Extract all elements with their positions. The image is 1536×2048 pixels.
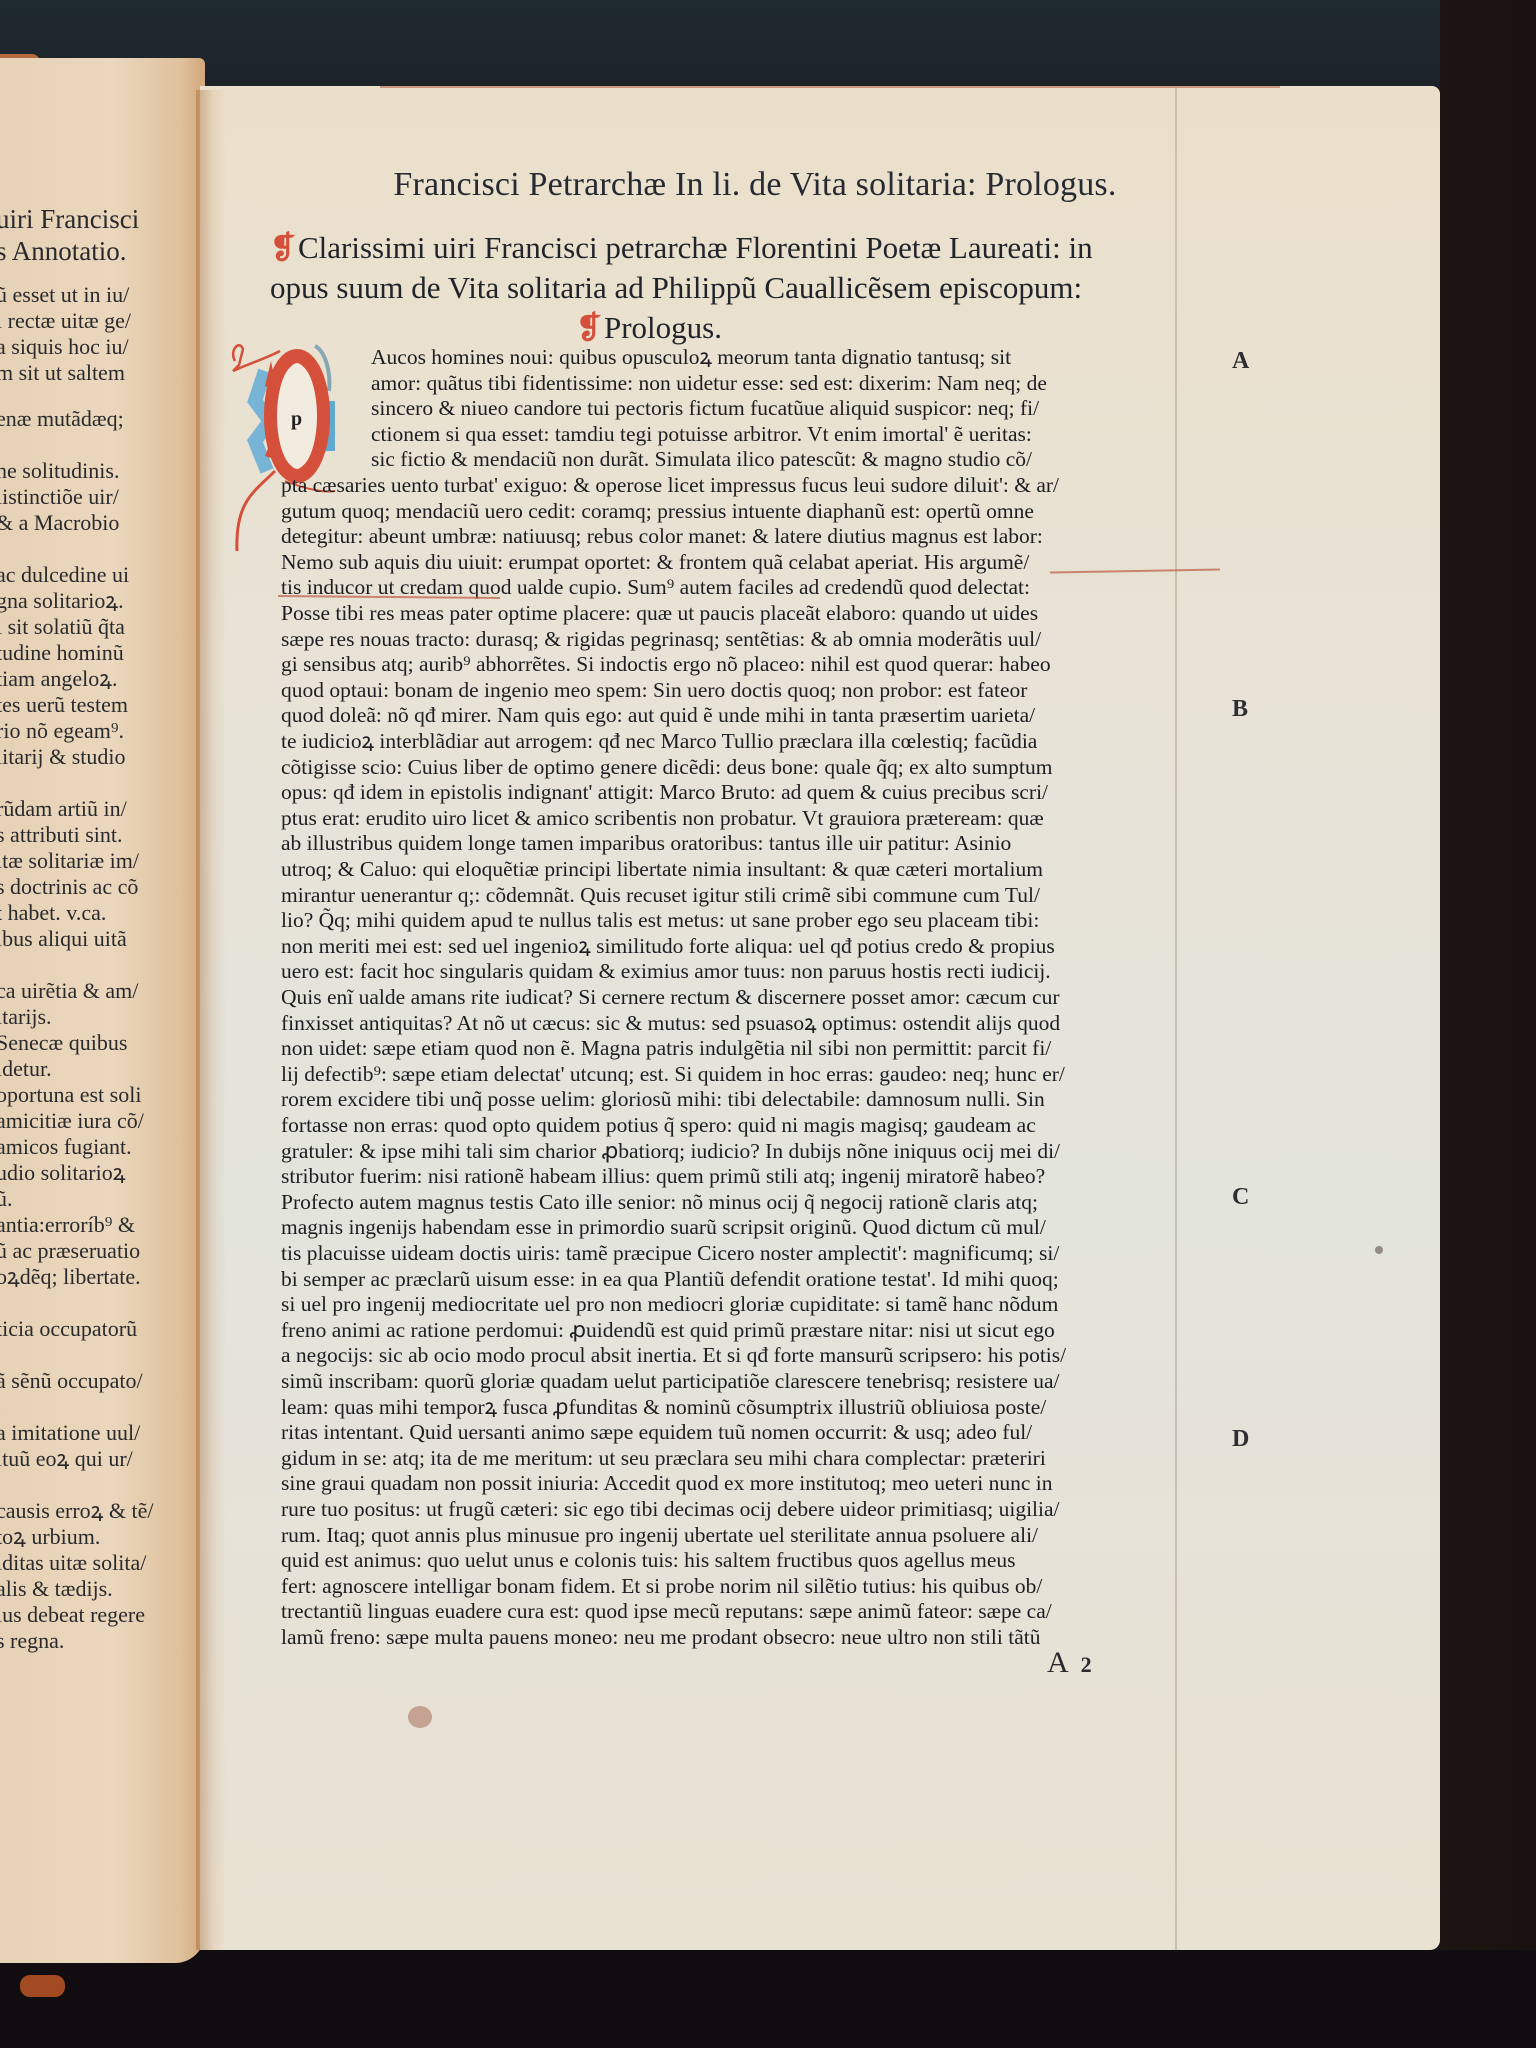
text-line: fert: agnoscere intelligar bonam fidem. … — [281, 1573, 1042, 1599]
text-line: lamũ freno: sæpe multa pauens moneo: neu… — [281, 1624, 1041, 1650]
text-line: quod optaui: bonam de ingenio meo spem: … — [281, 677, 1027, 703]
text-line: cõtigisse scio: Cuius liber de optimo ge… — [281, 754, 1052, 780]
left-page-line: ticia occupatorũ — [0, 1316, 137, 1342]
text-line: ab illustribus quidem longe tamen impari… — [281, 830, 1011, 856]
subheading-line-3: ❡Prologus. — [270, 308, 1190, 348]
left-page-line: ibus aliqui uitã — [0, 926, 127, 952]
left-page-line: amicitiæ iura cõ/ — [0, 1108, 144, 1134]
left-page-line: s doctrinis ac cõ — [0, 874, 138, 900]
text-line: pta cæsaries uento turbat' exiguo: & ope… — [281, 472, 1059, 498]
right-page: Francisci Petrarchæ In li. de Vita solit… — [200, 86, 1440, 1950]
left-page-line: idetur. — [0, 1056, 52, 1082]
left-page-line: amicos fugiant. — [0, 1134, 132, 1160]
left-page-line: ũ ac præseruatio — [0, 1238, 140, 1264]
left-page-line: t habet. v.ca. — [0, 900, 106, 926]
backdrop-bottom — [0, 1950, 1536, 2048]
margin-letter-b: B — [1232, 696, 1248, 723]
left-page-line: s Annotatio. — [0, 238, 127, 264]
text-line: Posse tibi res meas pater optime placere… — [281, 600, 1038, 626]
text-line: utroq; & Caluo: qui eloquẽtiæ principi l… — [281, 856, 1043, 882]
left-page-line: tudine hominũ — [0, 640, 124, 666]
text-line: finxisset antiquitas? At nõ ut cæcus: si… — [281, 1010, 1060, 1036]
text-line: sincero & niueo candore tui pectoris fic… — [371, 395, 1039, 421]
text-line: Quis enĩ ualde amans rite iudicat? Si ce… — [281, 984, 1059, 1010]
left-page-line: ã sẽnũ occupato/ — [0, 1368, 143, 1394]
text-line: bi semper ac præclarũ uisum esse: in ea … — [281, 1266, 1059, 1292]
left-page-line: & a Macrobio — [0, 510, 119, 536]
text-line: ptus erat: erudito uiro licet & amico sc… — [281, 805, 1044, 831]
text-line: uero est: facit hoc singularis quidam & … — [281, 958, 1051, 984]
text-line: lĳ defectib⁹: sæpe etiam delectat' utcun… — [281, 1061, 1065, 1087]
left-page-line: rũdam artiũ in/ — [0, 796, 127, 822]
text-line: amor: quãtus tibi fidentissime: non uide… — [371, 370, 1047, 396]
text-line: rure tuo positus: ut frugũ cæteri: sic e… — [281, 1496, 1060, 1522]
text-line: Nemo sub aquis diu uiuit: erumpat oporte… — [281, 549, 1029, 575]
running-head: Francisci Petrarchæ In li. de Vita solit… — [355, 166, 1155, 204]
left-page-line: ũ. — [0, 1186, 13, 1212]
text-line: leam: quas mihi temporꝝ fusca ꝓfunditas … — [281, 1394, 1046, 1420]
left-page-line: ũ esset ut in iu/ — [0, 282, 129, 308]
text-line: trectantiũ linguas euadere cura est: quo… — [281, 1598, 1052, 1624]
text-line: sic fictio & mendaciũ non durãt. Simulat… — [371, 446, 1032, 472]
left-page-line: toꝝ urbium. — [0, 1524, 100, 1550]
left-page-line: iditas uitæ solita/ — [0, 1550, 146, 1576]
left-page-line: listinctiõe uir/ — [0, 484, 119, 510]
left-page-line: ius debeat regere — [0, 1602, 145, 1628]
left-page-line: causis erroꝝ & tẽ/ — [0, 1498, 154, 1524]
left-page-line: alis & tædĳs. — [0, 1576, 113, 1602]
left-page-line: i sit solatiũ q̃ta — [0, 614, 125, 640]
left-page-line: antia:erroríb⁹ & — [0, 1212, 135, 1238]
left-page-line: enæ mutãdæq; — [0, 406, 124, 432]
text-line: magnis ingenĳs habendam esse in primordi… — [281, 1214, 1046, 1240]
text-line: si uel pro ingenĳ mediocritate uel pro n… — [281, 1291, 1058, 1317]
text-line: Profecto autem magnus testis Cato ille s… — [281, 1189, 1038, 1215]
left-page-line: s regna. — [0, 1628, 64, 1654]
text-line: quid est animus: quo uelut unus e coloni… — [281, 1547, 1016, 1573]
backdrop-right — [1440, 0, 1536, 2048]
left-page-line: . — [0, 1394, 2, 1420]
left-page-line: a siquis hoc iu/ — [0, 334, 129, 360]
text-line: tis placuisse uideam doctis uiris: tamẽ … — [281, 1240, 1059, 1266]
left-page-line: gna solitarioꝝ. — [0, 588, 124, 614]
text-line: ctionem si qua esset: tamdiu tegi potuis… — [371, 421, 1032, 447]
left-page-line: itæ solitariæ im/ — [0, 848, 139, 874]
text-line: Aucos homines noui: quibus opusculoꝝ meo… — [371, 344, 1011, 370]
text-line: non meriti mei est: sed uel ingenioꝝ sim… — [281, 933, 1055, 959]
text-line: rorem excidere tibi unq̃ posse uelim: gl… — [281, 1086, 1045, 1112]
gutter-shadow — [196, 90, 226, 1950]
left-page-line: Senecæ quibus — [0, 1030, 127, 1056]
pilcrow-icon: ❡ — [270, 230, 296, 265]
signature-mark: A2 — [1047, 1646, 1092, 1680]
left-page-line: ca uirẽtia & am/ — [0, 978, 138, 1004]
text-line: stributor fuerim: nisi rationẽ habeam il… — [281, 1163, 1045, 1189]
text-line: gutum quoq; mendaciũ uero cedit: coramq;… — [281, 498, 1034, 524]
paper-stain — [1375, 1246, 1383, 1254]
text-line: quod doleã: nõ qđ mirer. Nam quis ego: a… — [281, 702, 1035, 728]
text-line: opus: qđ idem in epistolis indignant' at… — [281, 779, 1048, 805]
left-page-line: tes uerũ testem — [0, 692, 128, 718]
margin-letter-d: D — [1232, 1426, 1249, 1453]
left-page-line: m sit ut saltem — [0, 360, 125, 386]
margin-letter-a: A — [1232, 348, 1249, 375]
left-page-line: litarĳ & studio — [0, 744, 125, 770]
paper-stain — [408, 1706, 432, 1728]
pilcrow-icon: ❡ — [576, 310, 602, 345]
left-page-line: oꝝdẽq; libertate. — [0, 1264, 141, 1290]
text-line: sine graui quadam non possit iniuria: Ac… — [281, 1470, 1052, 1496]
text-line: simũ inscribam: quorũ gloriæ quadam uelu… — [281, 1368, 1060, 1394]
margin-letter-c: C — [1232, 1184, 1249, 1211]
left-page-line: ac dulcedine ui — [0, 562, 129, 588]
text-line: lio? Q̃q; mihi quidem apud te nullus tal… — [281, 907, 1039, 933]
left-page-line: udio solitarioꝝ — [0, 1160, 125, 1186]
text-line: gratuler: & ipse mihi tali sim charior ꝓ… — [281, 1138, 1060, 1164]
left-page-line: s attributi sint. — [0, 822, 123, 848]
text-line: rum. Itaq; quot annis plus minusue pro i… — [281, 1522, 1038, 1548]
left-page: uiri Franciscis Annotatio.ũ esset ut in … — [0, 58, 205, 1963]
left-page-line: l rectæ uitæ ge/ — [0, 308, 131, 334]
text-line: mirantur uenerantur q;: cõdemnãt. Quis r… — [281, 882, 1040, 908]
text-line: gi sensibus atq; aurib⁹ abhorrẽtes. Si i… — [281, 651, 1051, 677]
left-page-line: ne solitudinis. — [0, 458, 119, 484]
text-line: te iudicioꝝ interblãdiar aut arrogem: qđ… — [281, 728, 1037, 754]
left-page-line: ituũ eoꝝ qui ur/ — [0, 1446, 133, 1472]
subheading: ❡Clarissimi uiri Francisci petrarchæ Flo… — [270, 228, 1190, 348]
left-page-line: tiam angeloꝝ. — [0, 666, 117, 692]
left-page-line: rio nõ egeam⁹. — [0, 718, 124, 744]
subheading-line-1: ❡Clarissimi uiri Francisci petrarchæ Flo… — [270, 228, 1190, 268]
text-line: sæpe res nouas tracto: durasq; & rigidas… — [281, 626, 1041, 652]
left-page-line: uiri Francisci — [0, 206, 139, 232]
manuscript-underline — [1050, 569, 1220, 574]
left-page-line: a imitatione uul/ — [0, 1420, 140, 1446]
text-line: detegitur: abeunt umbræ: natiuusq; rebus… — [281, 523, 1043, 549]
text-line: non uidet: sæpe etiam quod non ẽ. Magna … — [281, 1035, 1051, 1061]
text-line: a negocĳs: sic ab ocio modo procul absit… — [281, 1342, 1066, 1368]
text-line: gidum in se: atq; ita de me meritum: ut … — [281, 1445, 1046, 1471]
left-page-line: oportuna est soli — [0, 1082, 141, 1108]
book-cover-corner — [20, 1975, 65, 1997]
text-line: ritas intentant. Quid uersanti animo sæp… — [281, 1419, 1032, 1445]
left-page-line: itarĳs. — [0, 1004, 52, 1030]
text-line: fortasse non erras: quod opto quidem pot… — [281, 1112, 1036, 1138]
svg-text:p: p — [291, 408, 302, 430]
text-line: freno animi ac ratione perdomui: ꝓuidend… — [281, 1317, 1055, 1343]
subheading-line-2: opus suum de Vita solitaria ad Philippũ … — [270, 268, 1190, 308]
